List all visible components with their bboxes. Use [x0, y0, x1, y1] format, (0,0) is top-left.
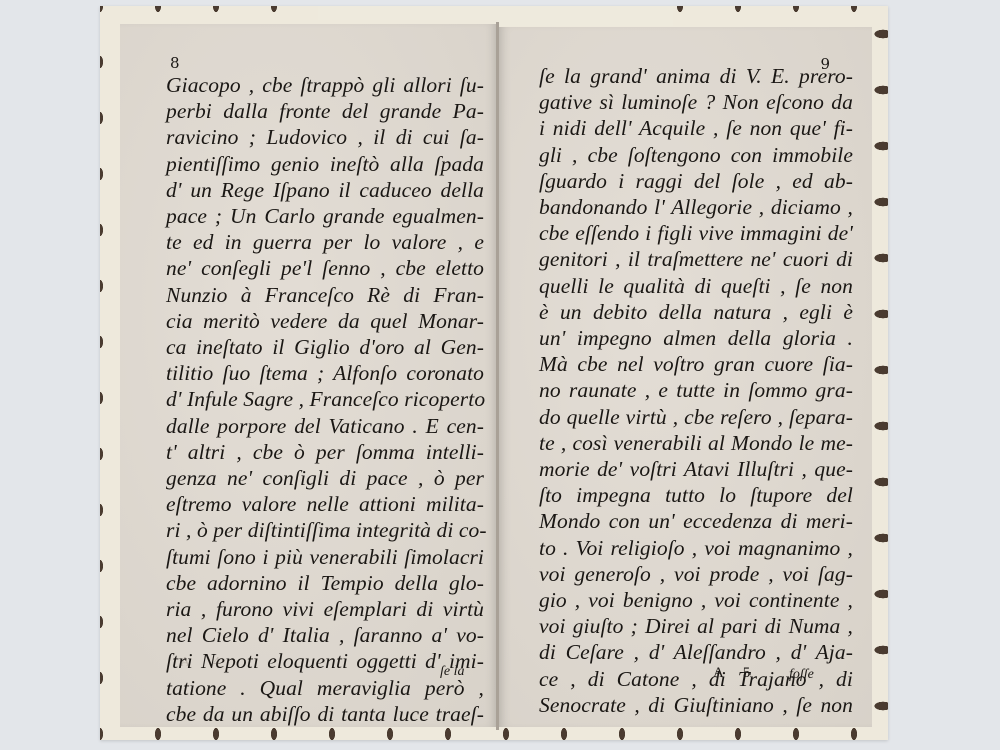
- text-line: quelli le qualità di queſti , ſe non: [539, 273, 853, 299]
- endpaper-plain-strip: [318, 6, 498, 20]
- text-line: è un debito della natura , egli è: [539, 299, 853, 325]
- text-line: Senocrate , di Giuſtiniano , ſe non: [539, 692, 853, 718]
- text-line: gative sì luminoſe ? Non eſcono da: [539, 89, 853, 115]
- text-line: bandonando l' Allegorie , diciamo ,: [539, 194, 853, 220]
- text-line: cia meritò vedere da quel Monar-: [166, 308, 484, 334]
- text-line: ria , furono vivi eſemplari di virtù: [166, 596, 484, 622]
- text-line: te ed in guerra per lo valore , e: [166, 229, 484, 255]
- page-number: 8: [170, 54, 180, 72]
- bleed-through-text: A 4: [180, 655, 230, 671]
- text-line: Nunzio à Franceſco Rè di Fran-: [166, 282, 484, 308]
- text-line: do quelle virtù , cbe reſero , ſepara-: [539, 404, 853, 430]
- text-line: voi giuſto ; Direi al pari di Numa ,: [539, 613, 853, 639]
- text-line: nel Cielo d' Italia , ſaranno a' vo-: [166, 622, 484, 648]
- signature-mark: A 5: [713, 665, 758, 682]
- endpaper-plain-strip: [498, 6, 673, 26]
- text-line: Giacopo , cbe ſtrappò gli allori ſu-: [166, 72, 484, 98]
- text-line: d' Infule Sagre , Franceſco ricoperto: [166, 386, 484, 412]
- text-line: di Ceſare , d' Aleſſandro , d' Aja-: [539, 639, 853, 665]
- text-line: morie de' voſtri Atavi Illuſtri , que-: [539, 456, 853, 482]
- text-line: gli , cbe ſoſtengono con immobile: [539, 142, 853, 168]
- catchword: foſſe: [789, 667, 814, 683]
- text-line: ſto impegna tutto lo ſtupore del: [539, 482, 853, 508]
- text-line: genza ne' conſigli di pace , ò per: [166, 465, 484, 491]
- text-line: perbi dalla fronte del grande Pa-: [166, 98, 484, 124]
- text-line: genitori , il traſmettere ne' cuori di: [539, 246, 853, 272]
- text-line: no raunate , e tutte in ſommo gra-: [539, 377, 853, 403]
- text-line: pace ; Un Carlo grande egualmen-: [166, 203, 484, 229]
- text-line: pientiſſimo genio ineſtò alla ſpada: [166, 151, 484, 177]
- text-line: t' altri , cbe ò per ſomma intelli-: [166, 439, 484, 465]
- text-line: cbe da un abiſſo di tanta luce traeſ-: [166, 701, 484, 727]
- catchword: ſe la: [440, 664, 465, 680]
- right-page: 9 ſe la grand' anima di V. E. prero- gat…: [499, 27, 872, 727]
- text-line: tilitio ſuo ſtema ; Alfonſo coronato: [166, 360, 484, 386]
- text-line: ſtumi ſono i più venerabili ſimolacri: [166, 544, 484, 570]
- text-line: Mondo con un' eccedenza di meri-: [539, 508, 853, 534]
- text-line: ſguardo i raggi del ſole , ed ab-: [539, 168, 853, 194]
- text-line: ſe la grand' anima di V. E. prero-: [539, 63, 853, 89]
- text-line: ca ineſtato il Giglio d'oro al Gen-: [166, 334, 484, 360]
- text-line: d' un Rege Iſpano il caduceo della: [166, 177, 484, 203]
- body-text: ſe la grand' anima di V. E. prero- gativ…: [539, 63, 853, 718]
- left-page: 8 Giacopo , cbe ſtrappò gli allori ſu- p…: [120, 24, 497, 727]
- text-line: to . Voi religioſo , voi magnanimo ,: [539, 535, 853, 561]
- text-line: gio , voi benigno , voi continente ,: [539, 587, 853, 613]
- text-line: cbe eſſendo i figli vive immagini de': [539, 220, 853, 246]
- text-line: ravicino ; Ludovico , il di cui ſa-: [166, 124, 484, 150]
- body-text: Giacopo , cbe ſtrappò gli allori ſu- per…: [166, 72, 484, 727]
- text-line: tatione . Qual meraviglia però ,: [166, 675, 484, 701]
- text-line: i nidi dell' Acquile , ſe non que' fi-: [539, 115, 853, 141]
- text-line: eſtremo valore nelle attioni milita-: [166, 491, 484, 517]
- text-line: Mà cbe nel voſtro gran cuore ſia-: [539, 351, 853, 377]
- text-line: voi generoſo , voi prode , voi ſag-: [539, 561, 853, 587]
- text-line: cbe adornino il Tempio della glo-: [166, 570, 484, 596]
- text-line: ri , ò per diſtintiſſima integrità di co…: [166, 517, 484, 543]
- text-line: un' impegno almen della gloria .: [539, 325, 853, 351]
- text-line: te , così venerabili al Mondo le me-: [539, 430, 853, 456]
- text-line: dalle porpore del Vaticano . E cen-: [166, 413, 484, 439]
- text-line: ne' conſegli pe'l ſenno , cbe eletto: [166, 255, 484, 281]
